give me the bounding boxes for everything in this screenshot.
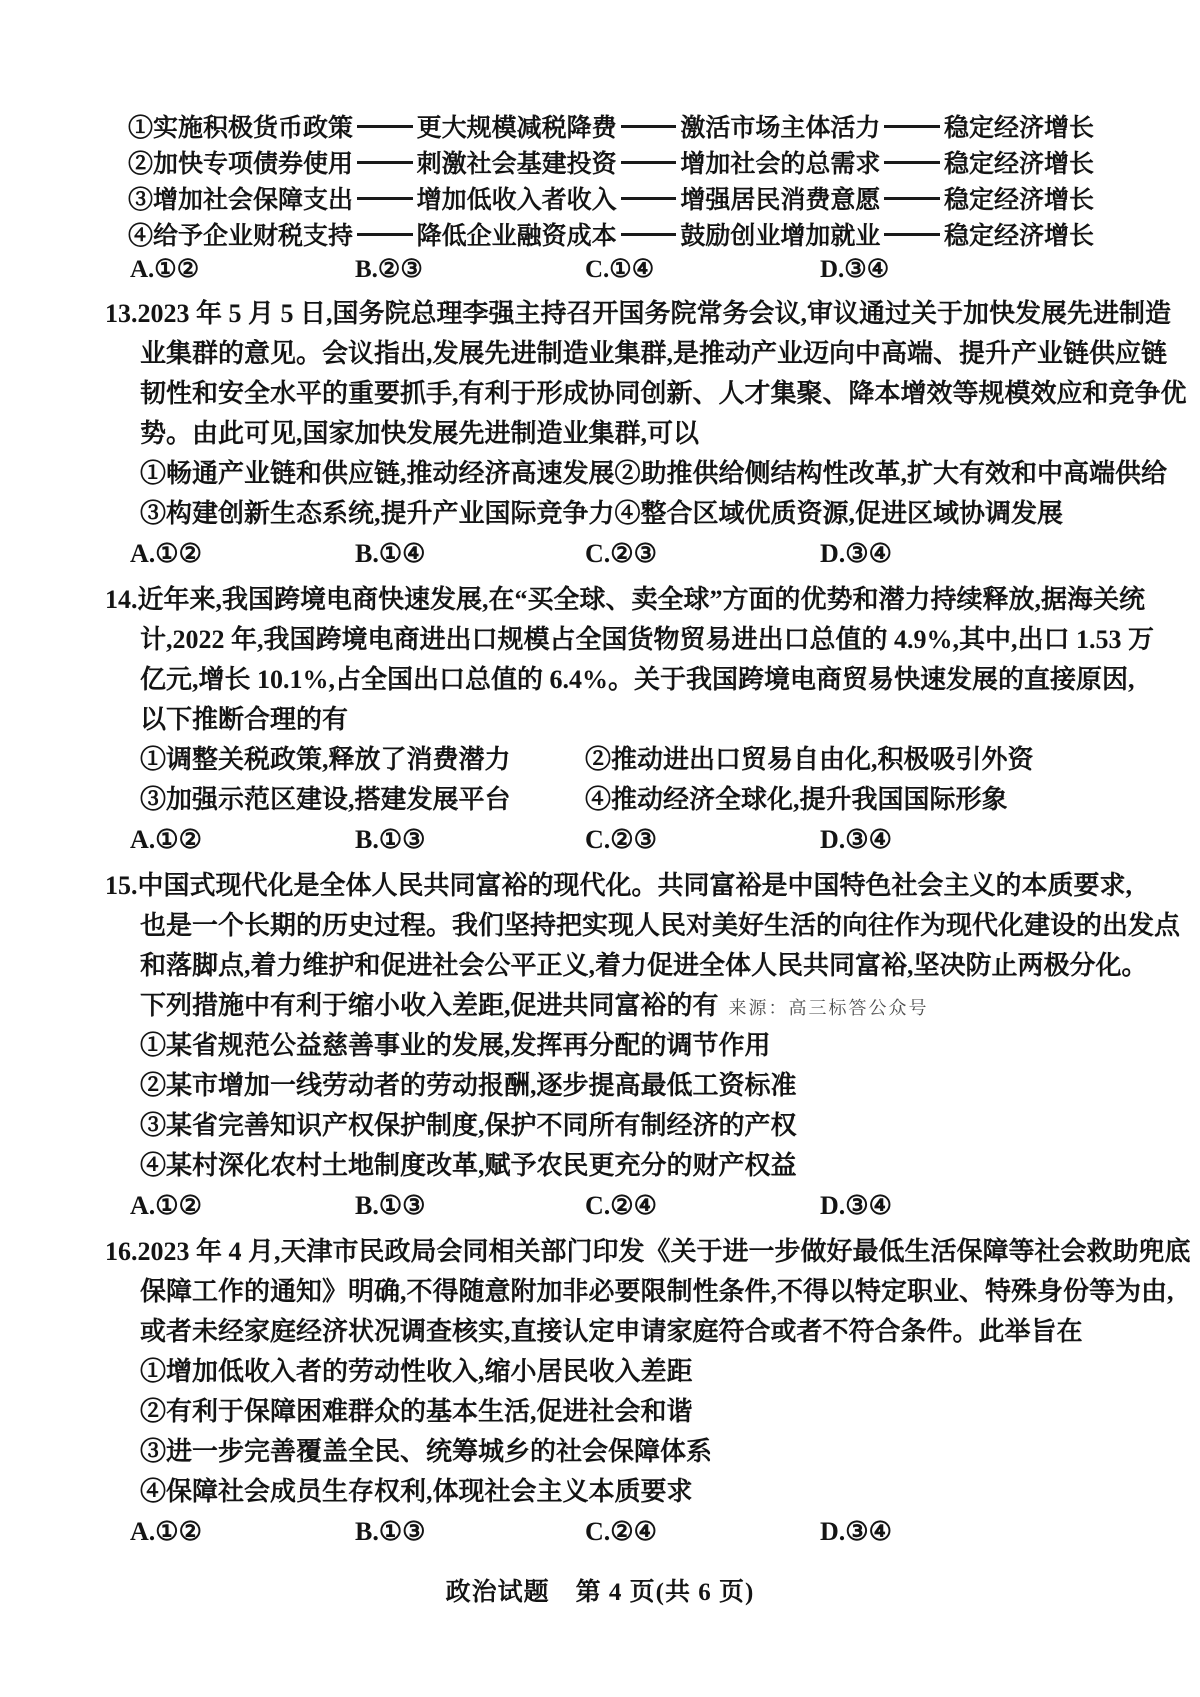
answer-choice-c: C.①④ (585, 252, 820, 288)
option-item: ①畅通产业链和供应链,推动经济高速发展 (140, 454, 615, 494)
option-item: ④保障社会成员生存权利,体现社会主义本质要求 (0, 1472, 1200, 1512)
flow-segment: ④给予企业财税支持 (128, 216, 353, 252)
question-number: 15. (105, 871, 138, 900)
stem-line: 或者未经家庭经济状况调查核实,直接认定申请家庭符合或者不符合条件。此举旨在 (0, 1312, 1200, 1352)
stem-line: 韧性和安全水平的重要抓手,有利于形成协同创新、人才集聚、降本增效等规模效应和竞争… (0, 374, 1200, 414)
flow-segment: 增加社会的总需求 (680, 144, 880, 180)
option-item: ③加强示范区建设,搭建发展平台 (140, 780, 585, 820)
stem-line: 计,2022 年,我国跨境电商进出口规模占全国货物贸易进出口总值的 4.9%,其… (0, 620, 1200, 660)
answer-choice-a: A.①② (130, 534, 355, 574)
answer-choice-a: A.①② (130, 1186, 355, 1226)
answer-row: A.①② B.①③ C.②④ D.③④ (0, 1512, 1200, 1552)
flow-segment: 降低企业融资成本 (417, 216, 617, 252)
connector-line (621, 125, 677, 128)
flow-segment: ③增加社会保障支出 (128, 180, 353, 216)
option-item: ②推动进出口贸易自由化,积极吸引外资 (585, 740, 1200, 780)
answer-choice-d: D.③④ (820, 534, 892, 574)
answer-choice-a: A.①② (130, 252, 355, 288)
question-16: 16.2023 年 4 月,天津市民政局会同相关部门印发《关于进一步做好最低生活… (0, 1232, 1200, 1552)
answer-row: A.①② B.②③ C.①④ D.③④ (0, 252, 1200, 288)
stem-line: 13.2023 年 5 月 5 日,国务院总理李强主持召开国务院常务会议,审议通… (0, 294, 1200, 334)
stem-line: 下列措施中有利于缩小收入差距,促进共同富裕的有来源：高三标答公众号 (0, 986, 1200, 1026)
stem-line: 以下推断合理的有 (0, 700, 1200, 740)
stem-text: 2023 年 5 月 5 日,国务院总理李强主持召开国务院常务会议,审议通过关于… (138, 299, 1172, 328)
option-item: ①增加低收入者的劳动性收入,缩小居民收入差距 (0, 1352, 1200, 1392)
connector-line (884, 161, 940, 164)
answer-choice-a: A.①② (130, 1512, 355, 1552)
answer-choice-b: B.②③ (355, 252, 585, 288)
stem-line: 15.中国式现代化是全体人民共同富裕的现代化。共同富裕是中国特色社会主义的本质要… (0, 866, 1200, 906)
answer-row: A.①② B.①④ C.②③ D.③④ (0, 534, 1200, 574)
option-item: ①某省规范公益慈善事业的发展,发挥再分配的调节作用 (0, 1026, 1200, 1066)
answer-choice-d: D.③④ (820, 820, 892, 860)
connector-line (621, 161, 677, 164)
flow-segment: 稳定经济增长 (944, 144, 1094, 180)
answer-choice-a: A.①② (130, 820, 355, 860)
option-item: ④推动经济全球化,提升我国国际形象 (585, 780, 1200, 820)
connector-line (357, 233, 413, 236)
answer-row: A.①② B.①③ C.②④ D.③④ (0, 1186, 1200, 1226)
exam-content: ①实施积极货币政策更大规模减税降费激活市场主体活力稳定经济增长 ②加快专项债券使… (0, 0, 1200, 1552)
stem-line: 14.近年来,我国跨境电商快速发展,在“买全球、卖全球”方面的优势和潜力持续释放… (0, 580, 1200, 620)
question-13: 13.2023 年 5 月 5 日,国务院总理李强主持召开国务院常务会议,审议通… (0, 294, 1200, 574)
option-row: ①调整关税政策,释放了消费潜力 ②推动进出口贸易自由化,积极吸引外资 (0, 740, 1200, 780)
stem-line: 16.2023 年 4 月,天津市民政局会同相关部门印发《关于进一步做好最低生活… (0, 1232, 1200, 1272)
answer-choice-c: C.②④ (585, 1186, 820, 1226)
question-12-options-block: ①实施积极货币政策更大规模减税降费激活市场主体活力稳定经济增长 ②加快专项债券使… (0, 108, 1200, 288)
stem-line: 也是一个长期的历史过程。我们坚持把实现人民对美好生活的向往作为现代化建设的出发点 (0, 906, 1200, 946)
option-item: ②某市增加一线劳动者的劳动报酬,逐步提高最低工资标准 (0, 1066, 1200, 1106)
stem-line: 和落脚点,着力维护和促进社会公平正义,着力促进全体人民共同富裕,坚决防止两极分化… (0, 946, 1200, 986)
connector-line (357, 125, 413, 128)
flow-segment: 稳定经济增长 (944, 216, 1094, 252)
connector-line (884, 197, 940, 200)
question-number: 13. (105, 299, 138, 328)
option-item: ③进一步完善覆盖全民、统筹城乡的社会保障体系 (0, 1432, 1200, 1472)
option-row: ①畅通产业链和供应链,推动经济高速发展 ②助推供给侧结构性改革,扩大有效和中高端… (0, 454, 1200, 494)
option-row: ③构建创新生态系统,提升产业国际竞争力 ④整合区域优质资源,促进区域协调发展 (0, 494, 1200, 534)
flow-segment: 稳定经济增长 (944, 108, 1094, 144)
connector-line (621, 233, 677, 236)
flow-segment: 增强居民消费意愿 (680, 180, 880, 216)
option-item: ②有利于保障困难群众的基本生活,促进社会和谐 (0, 1392, 1200, 1432)
question-14: 14.近年来,我国跨境电商快速发展,在“买全球、卖全球”方面的优势和潜力持续释放… (0, 580, 1200, 860)
source-watermark: 来源：高三标答公众号 (729, 998, 929, 1018)
answer-choice-d: D.③④ (820, 252, 889, 288)
answer-row: A.①② B.①③ C.②③ D.③④ (0, 820, 1200, 860)
flow-segment: 增加低收入者收入 (417, 180, 617, 216)
flow-segment: 刺激社会基建投资 (417, 144, 617, 180)
option-item: ④整合区域优质资源,促进区域协调发展 (615, 494, 1200, 534)
answer-choice-d: D.③④ (820, 1186, 892, 1226)
connector-line (884, 233, 940, 236)
flow-row: ④给予企业财税支持降低企业融资成本鼓励创业增加就业稳定经济增长 (128, 216, 1094, 252)
exam-page: ①实施积极货币政策更大规模减税降费激活市场主体活力稳定经济增长 ②加快专项债券使… (0, 0, 1200, 1697)
answer-choice-c: C.②③ (585, 820, 820, 860)
option-item: ④某村深化农村土地制度改革,赋予农民更充分的财产权益 (0, 1146, 1200, 1186)
option-row: ③加强示范区建设,搭建发展平台 ④推动经济全球化,提升我国国际形象 (0, 780, 1200, 820)
stem-text: 下列措施中有利于缩小收入差距,促进共同富裕的有 (140, 991, 719, 1020)
option-item: ①调整关税政策,释放了消费潜力 (140, 740, 585, 780)
stem-text: 中国式现代化是全体人民共同富裕的现代化。共同富裕是中国特色社会主义的本质要求, (138, 871, 1133, 900)
connector-line (357, 161, 413, 164)
answer-choice-b: B.①③ (355, 1512, 585, 1552)
stem-text: 2023 年 4 月,天津市民政局会同相关部门印发《关于进一步做好最低生活保障等… (138, 1237, 1191, 1266)
stem-line: 势。由此可见,国家加快发展先进制造业集群,可以 (0, 414, 1200, 454)
stem-line: 亿元,增长 10.1%,占全国出口总值的 6.4%。关于我国跨境电商贸易快速发展… (0, 660, 1200, 700)
answer-choice-b: B.①③ (355, 820, 585, 860)
option-item: ③构建创新生态系统,提升产业国际竞争力 (140, 494, 615, 534)
flow-segment: ①实施积极货币政策 (128, 108, 353, 144)
option-item: ②助推供给侧结构性改革,扩大有效和中高端供给 (615, 454, 1200, 494)
flow-row: ②加快专项债券使用刺激社会基建投资增加社会的总需求稳定经济增长 (128, 144, 1094, 180)
connector-line (357, 197, 413, 200)
answer-choice-c: C.②③ (585, 534, 820, 574)
flow-segment: 激活市场主体活力 (680, 108, 880, 144)
question-15: 15.中国式现代化是全体人民共同富裕的现代化。共同富裕是中国特色社会主义的本质要… (0, 866, 1200, 1226)
answer-choice-c: C.②④ (585, 1512, 820, 1552)
flow-segment: 稳定经济增长 (944, 180, 1094, 216)
stem-line: 保障工作的通知》明确,不得随意附加非必要限制性条件,不得以特定职业、特殊身份等为… (0, 1272, 1200, 1312)
stem-line: 业集群的意见。会议指出,发展先进制造业集群,是推动产业迈向中高端、提升产业链供应… (0, 334, 1200, 374)
question-number: 16. (105, 1237, 138, 1266)
connector-line (884, 125, 940, 128)
answer-choice-b: B.①④ (355, 534, 585, 574)
flow-segment: 更大规模减税降费 (417, 108, 617, 144)
page-footer: 政治试题 第 4 页(共 6 页) (0, 1572, 1200, 1608)
connector-line (621, 197, 677, 200)
flow-segment: ②加快专项债券使用 (128, 144, 353, 180)
stem-text: 近年来,我国跨境电商快速发展,在“买全球、卖全球”方面的优势和潜力持续释放,据海… (138, 585, 1146, 614)
question-number: 14. (105, 585, 138, 614)
flow-row: ①实施积极货币政策更大规模减税降费激活市场主体活力稳定经济增长 (128, 108, 1094, 144)
option-item: ③某省完善知识产权保护制度,保护不同所有制经济的产权 (0, 1106, 1200, 1146)
flow-segment: 鼓励创业增加就业 (680, 216, 880, 252)
answer-choice-b: B.①③ (355, 1186, 585, 1226)
flow-row: ③增加社会保障支出增加低收入者收入增强居民消费意愿稳定经济增长 (128, 180, 1094, 216)
answer-choice-d: D.③④ (820, 1512, 892, 1552)
